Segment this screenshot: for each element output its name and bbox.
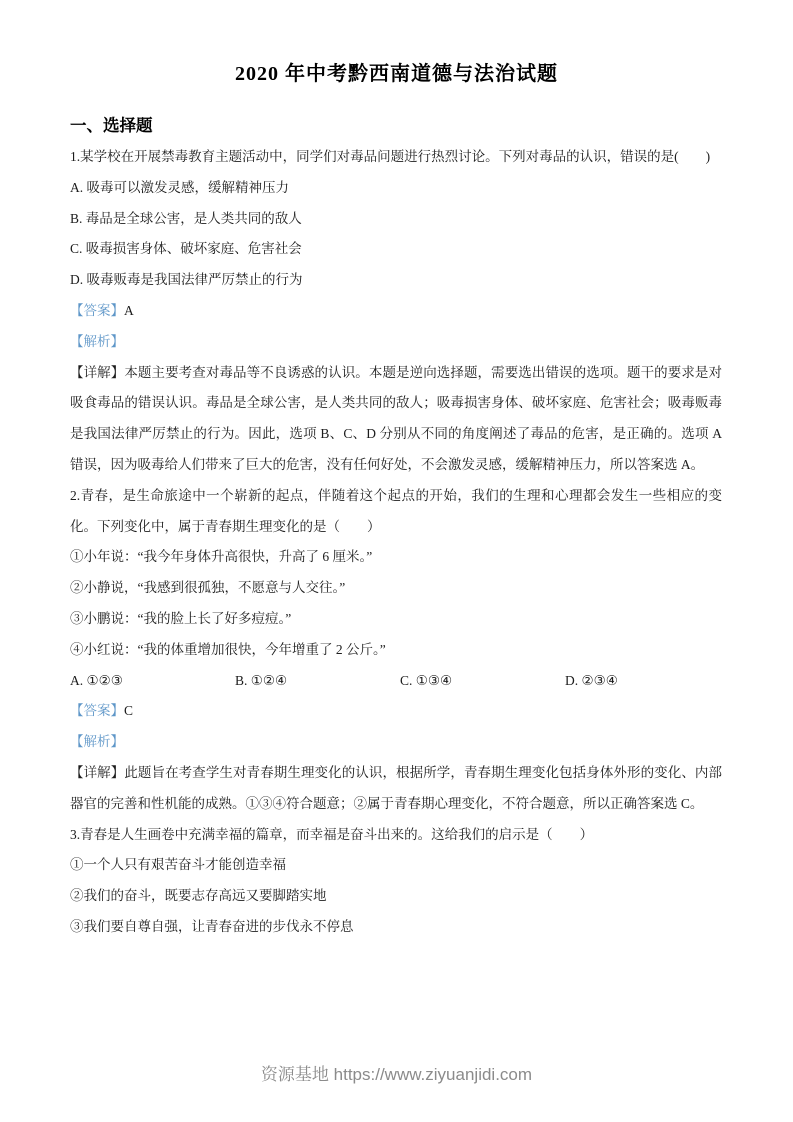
question-3-stem: 3.青春是人生画卷中充满幸福的篇章，而幸福是奋斗出来的。这给我们的启示是（ ） <box>70 820 722 851</box>
question-1-option-c: C. 吸毒损害身体、破坏家庭、危害社会 <box>70 234 722 265</box>
footer-text: 资源基地 https://www.ziyuanjidi.com <box>261 1065 532 1084</box>
document-inner: 一、选择题 1.某学校在开展禁毒教育主题活动中，同学们对毒品问题进行热烈讨论。下… <box>0 112 793 943</box>
question-1-option-a: A. 吸毒可以激发灵感，缓解精神压力 <box>70 173 722 204</box>
question-2-explanation: 【详解】此题旨在考查学生对青春期生理变化的认识，根据所学，青春期生理变化包括身体… <box>70 758 722 820</box>
question-1-answer: 【答案】A <box>70 296 722 327</box>
option-item: A. ①②③ <box>70 666 235 697</box>
option-item: B. ①②④ <box>235 666 400 697</box>
question-2-stem: 2.青春，是生命旅途中一个崭新的起点，伴随着这个起点的开始，我们的生理和心理都会… <box>70 481 722 543</box>
answer-value: C <box>124 703 133 718</box>
question-3-item-1: ①一个人只有艰苦奋斗才能创造幸福 <box>70 850 722 881</box>
question-2-analysis: 【解析】 <box>70 727 722 758</box>
question-3-item-2: ②我们的奋斗，既要志存高远又要脚踏实地 <box>70 881 722 912</box>
question-1-analysis: 【解析】 <box>70 327 722 358</box>
answer-value: A <box>124 303 134 318</box>
section-heading: 一、选择题 <box>70 112 722 136</box>
answer-bracket-label: 【解析】 <box>70 334 124 349</box>
question-1-option-b: B. 毒品是全球公害，是人类共同的敌人 <box>70 204 722 235</box>
question-2-item-4: ④小红说：“我的体重增加很快，今年增重了 2 公斤。” <box>70 635 722 666</box>
question-2-item-1: ①小年说：“我今年身体升高很快，升高了 6 厘米。” <box>70 542 722 573</box>
question-2-answer: 【答案】C <box>70 696 722 727</box>
answer-bracket-label: 【答案】 <box>70 303 124 318</box>
answer-bracket-label: 【答案】 <box>70 703 124 718</box>
document-page: 2020 年中考黔西南道德与法治试题 一、选择题 1.某学校在开展禁毒教育主题活… <box>0 0 793 1122</box>
footer-watermark: 资源基地 https://www.ziyuanjidi.com <box>0 1060 793 1085</box>
question-2-options-row: A. ①②③B. ①②④C. ①③④D. ②③④ <box>70 666 722 697</box>
document-body: 1.某学校在开展禁毒教育主题活动中，同学们对毒品问题进行热烈讨论。下列对毒品的认… <box>70 142 722 943</box>
question-3-item-3: ③我们要自尊自强，让青春奋进的步伐永不停息 <box>70 912 722 943</box>
option-item: C. ①③④ <box>400 666 565 697</box>
answer-bracket-label: 【解析】 <box>70 734 124 749</box>
question-2-item-2: ②小静说，“我感到很孤独，不愿意与人交往。” <box>70 573 722 604</box>
question-2-item-3: ③小鹏说：“我的脸上长了好多痘痘。” <box>70 604 722 635</box>
option-item: D. ②③④ <box>565 666 618 697</box>
question-1-stem: 1.某学校在开展禁毒教育主题活动中，同学们对毒品问题进行热烈讨论。下列对毒品的认… <box>70 142 722 173</box>
question-1-option-d: D. 吸毒贩毒是我国法律严厉禁止的行为 <box>70 265 722 296</box>
page-title: 2020 年中考黔西南道德与法治试题 <box>0 0 793 86</box>
question-1-explanation: 【详解】本题主要考查对毒品等不良诱惑的认识。本题是逆向选择题，需要选出错误的选项… <box>70 358 722 481</box>
